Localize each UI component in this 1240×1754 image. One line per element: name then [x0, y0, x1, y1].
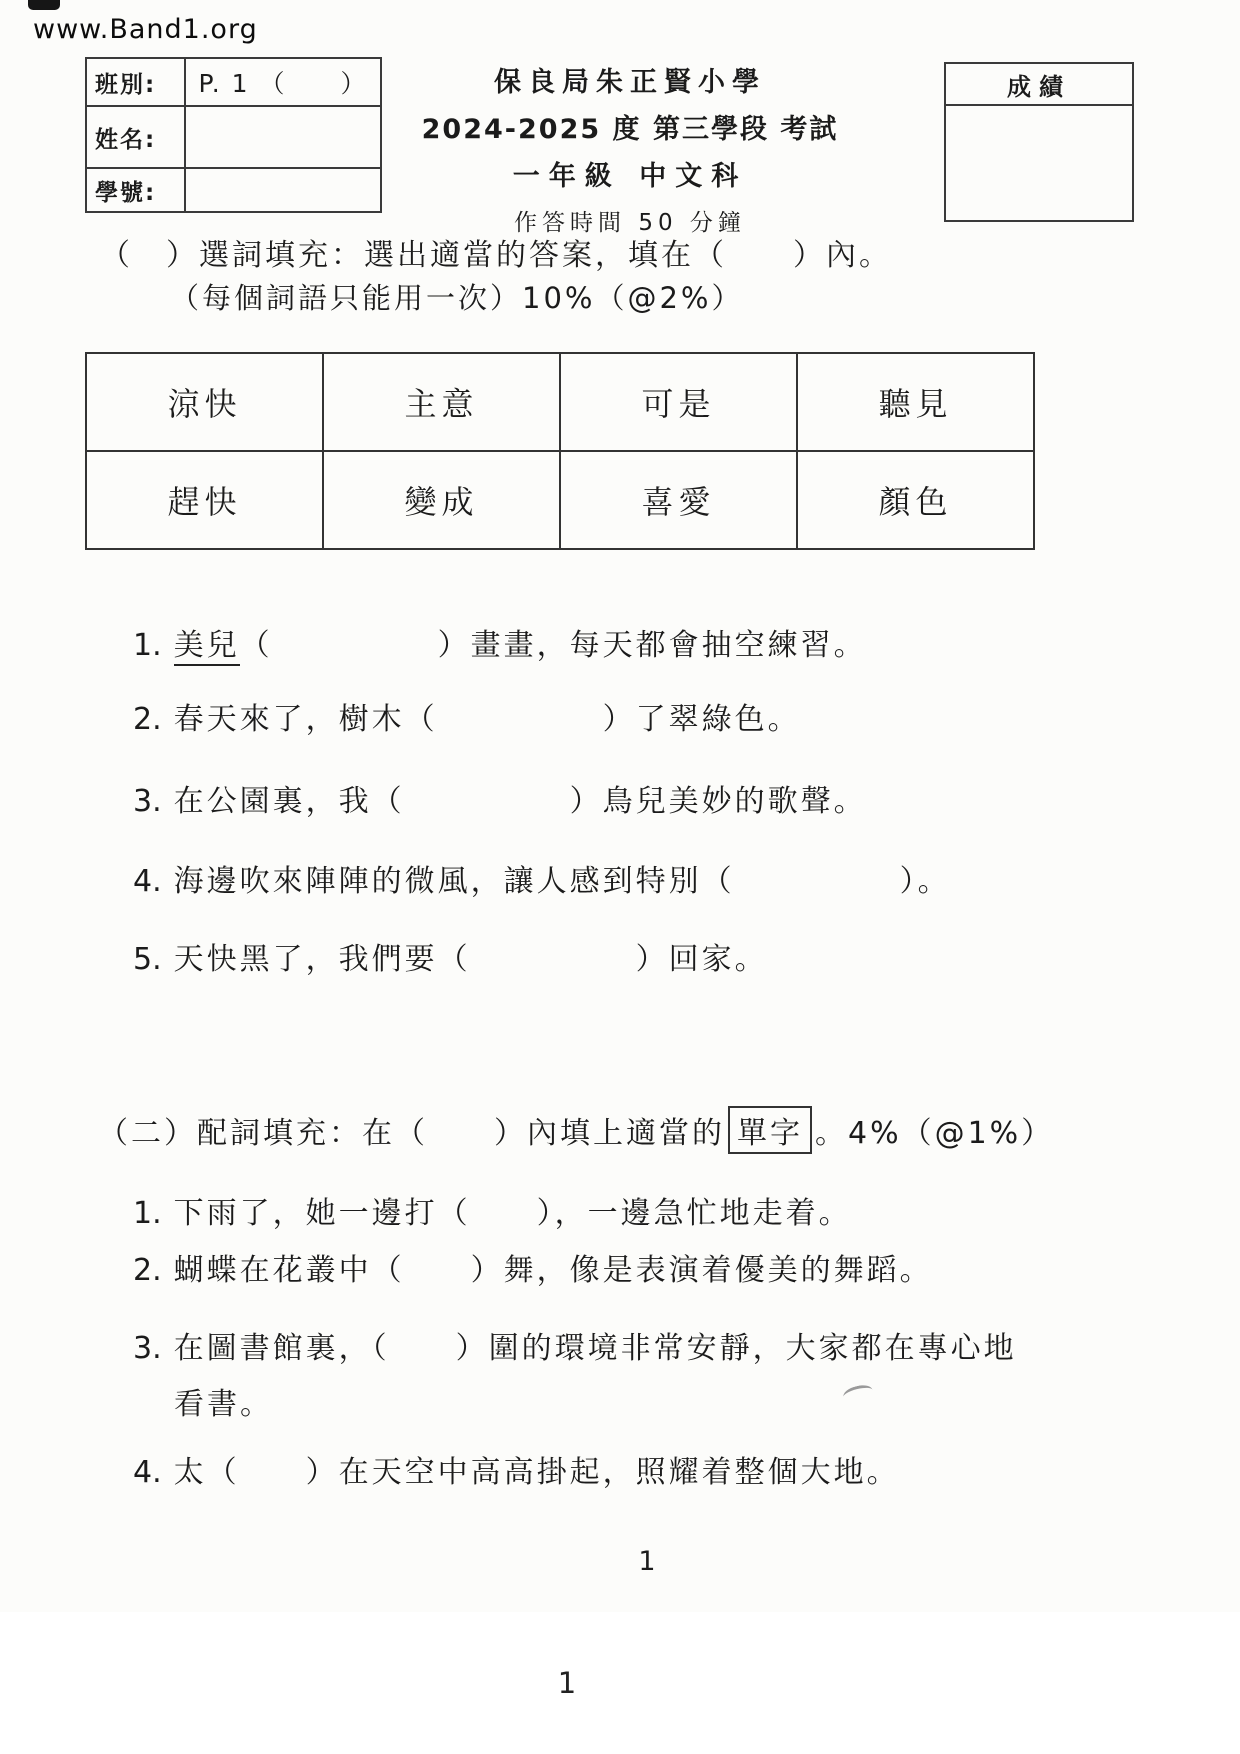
score-label: 成績 — [946, 64, 1132, 106]
class-label: 班別: — [86, 58, 185, 106]
word-bank-cell: 聽見 — [797, 353, 1034, 451]
section2-title-suffix: 。4%（@1%） — [815, 1116, 1054, 1151]
question-number: 2. — [133, 702, 162, 737]
word-bank-cell: 變成 — [323, 451, 560, 549]
section2-question-4: 4.太（ ）在天空中高高掛起，照耀着整個大地。 — [133, 1455, 900, 1491]
section1-question-3: 3.在公園裏，我（ ）鳥兒美妙的歌聲。 — [133, 784, 867, 820]
student-number-label: 學號: — [86, 168, 185, 212]
question-number: 1. — [133, 628, 162, 663]
question-line-2: 看書。 — [133, 1387, 1017, 1423]
exam-header: 保良局朱正賢小學 2024-2025 度 第三學段 考試 一年級 中文科 作答時… — [388, 60, 872, 237]
section1-subtitle: （每個詞語只能用一次）10%（@2%） — [170, 276, 743, 317]
question-text: 太（ ）在天空中高高掛起，照耀着整個大地。 — [174, 1455, 900, 1490]
word-bank-cell: 喜愛 — [560, 451, 797, 549]
section1-question-5: 5.天快黑了，我們要（ ）回家。 — [133, 942, 768, 978]
word-bank-cell: 主意 — [323, 353, 560, 451]
section1-question-1: 1.美兒（ ）畫畫，每天都會抽空練習。 — [133, 628, 867, 664]
student-number-value-blank — [185, 168, 381, 212]
question-number: 4. — [133, 1455, 162, 1490]
question-line-1: 3.在圖書館裏，（ ）圍的環境非常安靜，大家都在專心地 — [133, 1331, 1017, 1367]
question-text: 海邊吹來陣陣的微風，讓人感到特別（ ）。 — [174, 864, 951, 899]
watermark-url: www.Band1.org — [33, 14, 258, 45]
question-text: 下雨了，她一邊打（ ），一邊急忙地走着。 — [174, 1196, 852, 1231]
scan-edge-artifact — [28, 0, 60, 10]
question-text: 在圖書館裏，（ ）圍的環境非常安靜，大家都在專心地 — [174, 1331, 1017, 1366]
exam-paper-page: www.Band1.org 班別: P. 1 （ ） 姓名: 學號: 保良局朱正… — [0, 0, 1240, 1754]
student-info-table: 班別: P. 1 （ ） 姓名: 學號: — [85, 57, 382, 213]
question-text: （ ）畫畫，每天都會抽空練習。 — [240, 628, 867, 663]
section1-question-4: 4.海邊吹來陣陣的微風，讓人感到特別（ ）。 — [133, 864, 951, 900]
section2-question-2: 2.蝴蝶在花叢中（ ）舞，像是表演着優美的舞蹈。 — [133, 1253, 933, 1289]
name-label: 姓名: — [86, 106, 185, 168]
question-number: 2. — [133, 1253, 162, 1288]
question-number: 3. — [133, 1331, 162, 1366]
name-value-blank — [185, 106, 381, 168]
scan-page-number: 1 — [600, 1546, 694, 1577]
class-value: P. 1 （ ） — [185, 58, 381, 106]
underlined-word: 美兒 — [174, 628, 240, 666]
section2-question-1: 1.下雨了，她一邊打（ ），一邊急忙地走着。 — [133, 1196, 852, 1232]
question-text: 天快黑了，我們要（ ）回家。 — [174, 942, 768, 977]
word-bank-cell: 趕快 — [86, 451, 323, 549]
section2-title: （二）配詞填充：在（ ）內填上適當的單字。4%（@1%） — [98, 1106, 1054, 1154]
section2-boxed-word: 單字 — [728, 1106, 812, 1154]
score-box: 成績 — [944, 62, 1134, 222]
question-number: 3. — [133, 784, 162, 819]
footer-page-number: 1 — [520, 1666, 614, 1700]
word-bank-cell: 可是 — [560, 353, 797, 451]
word-bank-cell: 涼快 — [86, 353, 323, 451]
word-bank-cell: 顏色 — [797, 451, 1034, 549]
section2-question-3: 3.在圖書館裏，（ ）圍的環境非常安靜，大家都在專心地 看書。 — [133, 1331, 1017, 1423]
section1-title: （ ）選詞填充：選出適當的答案，填在（ ）內。 — [100, 230, 892, 274]
grade-subject: 一年級 中文科 — [388, 154, 872, 193]
word-bank-table: 涼快 主意 可是 聽見 趕快 變成 喜愛 顏色 — [85, 352, 1035, 550]
question-text: 蝴蝶在花叢中（ ）舞，像是表演着優美的舞蹈。 — [174, 1253, 933, 1288]
question-number: 4. — [133, 864, 162, 899]
school-name: 保良局朱正賢小學 — [388, 60, 872, 99]
question-number: 5. — [133, 942, 162, 977]
section1-question-2: 2.春天來了，樹木（ ）了翠綠色。 — [133, 702, 801, 738]
exam-title: 2024-2025 度 第三學段 考試 — [388, 107, 872, 146]
question-text: 春天來了，樹木（ ）了翠綠色。 — [174, 702, 801, 737]
question-number: 1. — [133, 1196, 162, 1231]
section2-title-text: （二）配詞填充：在（ ）內填上適當的 — [98, 1116, 725, 1151]
question-text: 在公園裏，我（ ）鳥兒美妙的歌聲。 — [174, 784, 867, 819]
